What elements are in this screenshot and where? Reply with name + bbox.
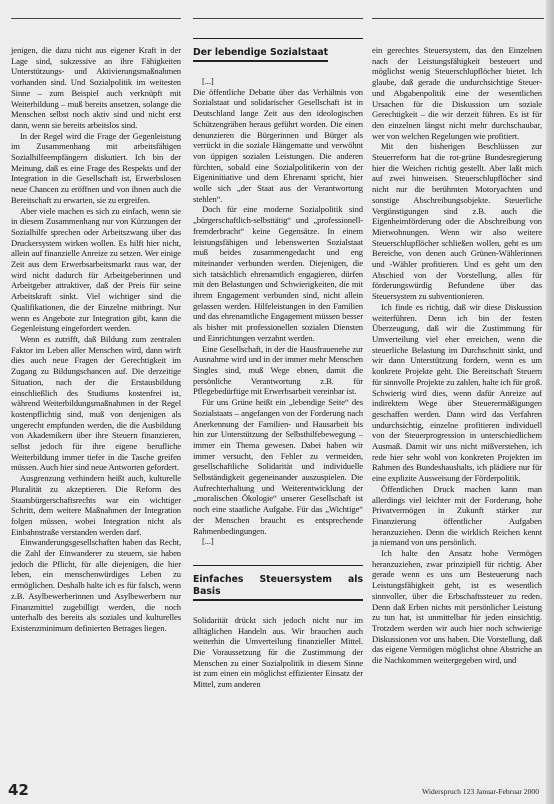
paragraph: Doch für eine moderne Sozialpolitik sind… bbox=[193, 204, 363, 343]
paragraph: Mit den bisherigen Beschlüssen zur Steue… bbox=[372, 141, 542, 302]
paragraph: Aber viele machen es sich zu einfach, we… bbox=[11, 206, 181, 334]
paragraph: jenigen, die dazu nicht aus eigener Kraf… bbox=[11, 45, 181, 131]
paragraph: Solidarität drückt sich jedoch nicht nur… bbox=[193, 615, 363, 690]
top-rule-col2 bbox=[193, 18, 363, 19]
paragraph: Die öffentliche Debatte über das Verhält… bbox=[193, 87, 363, 205]
page-number: 42 bbox=[8, 781, 29, 799]
column-1: jenigen, die dazu nicht aus eigener Kraf… bbox=[11, 45, 181, 634]
top-rule-col1 bbox=[11, 18, 181, 19]
paragraph: Einwanderungsgesellschaften haben das Re… bbox=[11, 537, 181, 633]
paragraph: ein gerechtes Steuersystem, das den Einz… bbox=[372, 45, 542, 141]
paragraph: Öffentlichen Druck machen kann man aller… bbox=[372, 484, 542, 548]
scan-edge-shadow bbox=[546, 0, 554, 804]
magazine-page: jenigen, die dazu nicht aus eigener Kraf… bbox=[0, 0, 554, 804]
issue-footer: Widerspruch 123 Januar-Februar 2000 bbox=[422, 787, 539, 796]
section-heading: Der lebendige Sozialstaat bbox=[193, 47, 328, 62]
paragraph: Wenn es zutrifft, daß Bildung zum zentra… bbox=[11, 334, 181, 473]
top-rule-col3 bbox=[372, 18, 544, 19]
omission-marker: [...] bbox=[193, 76, 363, 87]
paragraph: Für uns Grüne heißt ein „lebendige Seite… bbox=[193, 397, 363, 536]
column-2: Der lebendige Sozialstaat [...] Die öffe… bbox=[193, 38, 363, 690]
column-3: ein gerechtes Steuersystem, das den Einz… bbox=[372, 45, 542, 666]
paragraph: Eine Gesellschaft, in der die Hausfrauen… bbox=[193, 344, 363, 398]
paragraph: In der Regel wird die Frage der Gegenlei… bbox=[11, 131, 181, 206]
paragraph: Ausgrenzung verhindern heißt auch, kultu… bbox=[11, 473, 181, 537]
omission-marker: [...] bbox=[193, 536, 363, 547]
paragraph: Ich halte den Ansatz hohe Vermögen heran… bbox=[372, 548, 542, 666]
section-heading: Einfaches Steuersystem als Basis bbox=[193, 574, 363, 601]
paragraph: Ich finde es richtig, daß wir diese Disk… bbox=[372, 302, 542, 484]
section-heading-box: Der lebendige Sozialstaat bbox=[193, 38, 363, 62]
section-heading-box: Einfaches Steuersystem als Basis bbox=[193, 565, 363, 601]
